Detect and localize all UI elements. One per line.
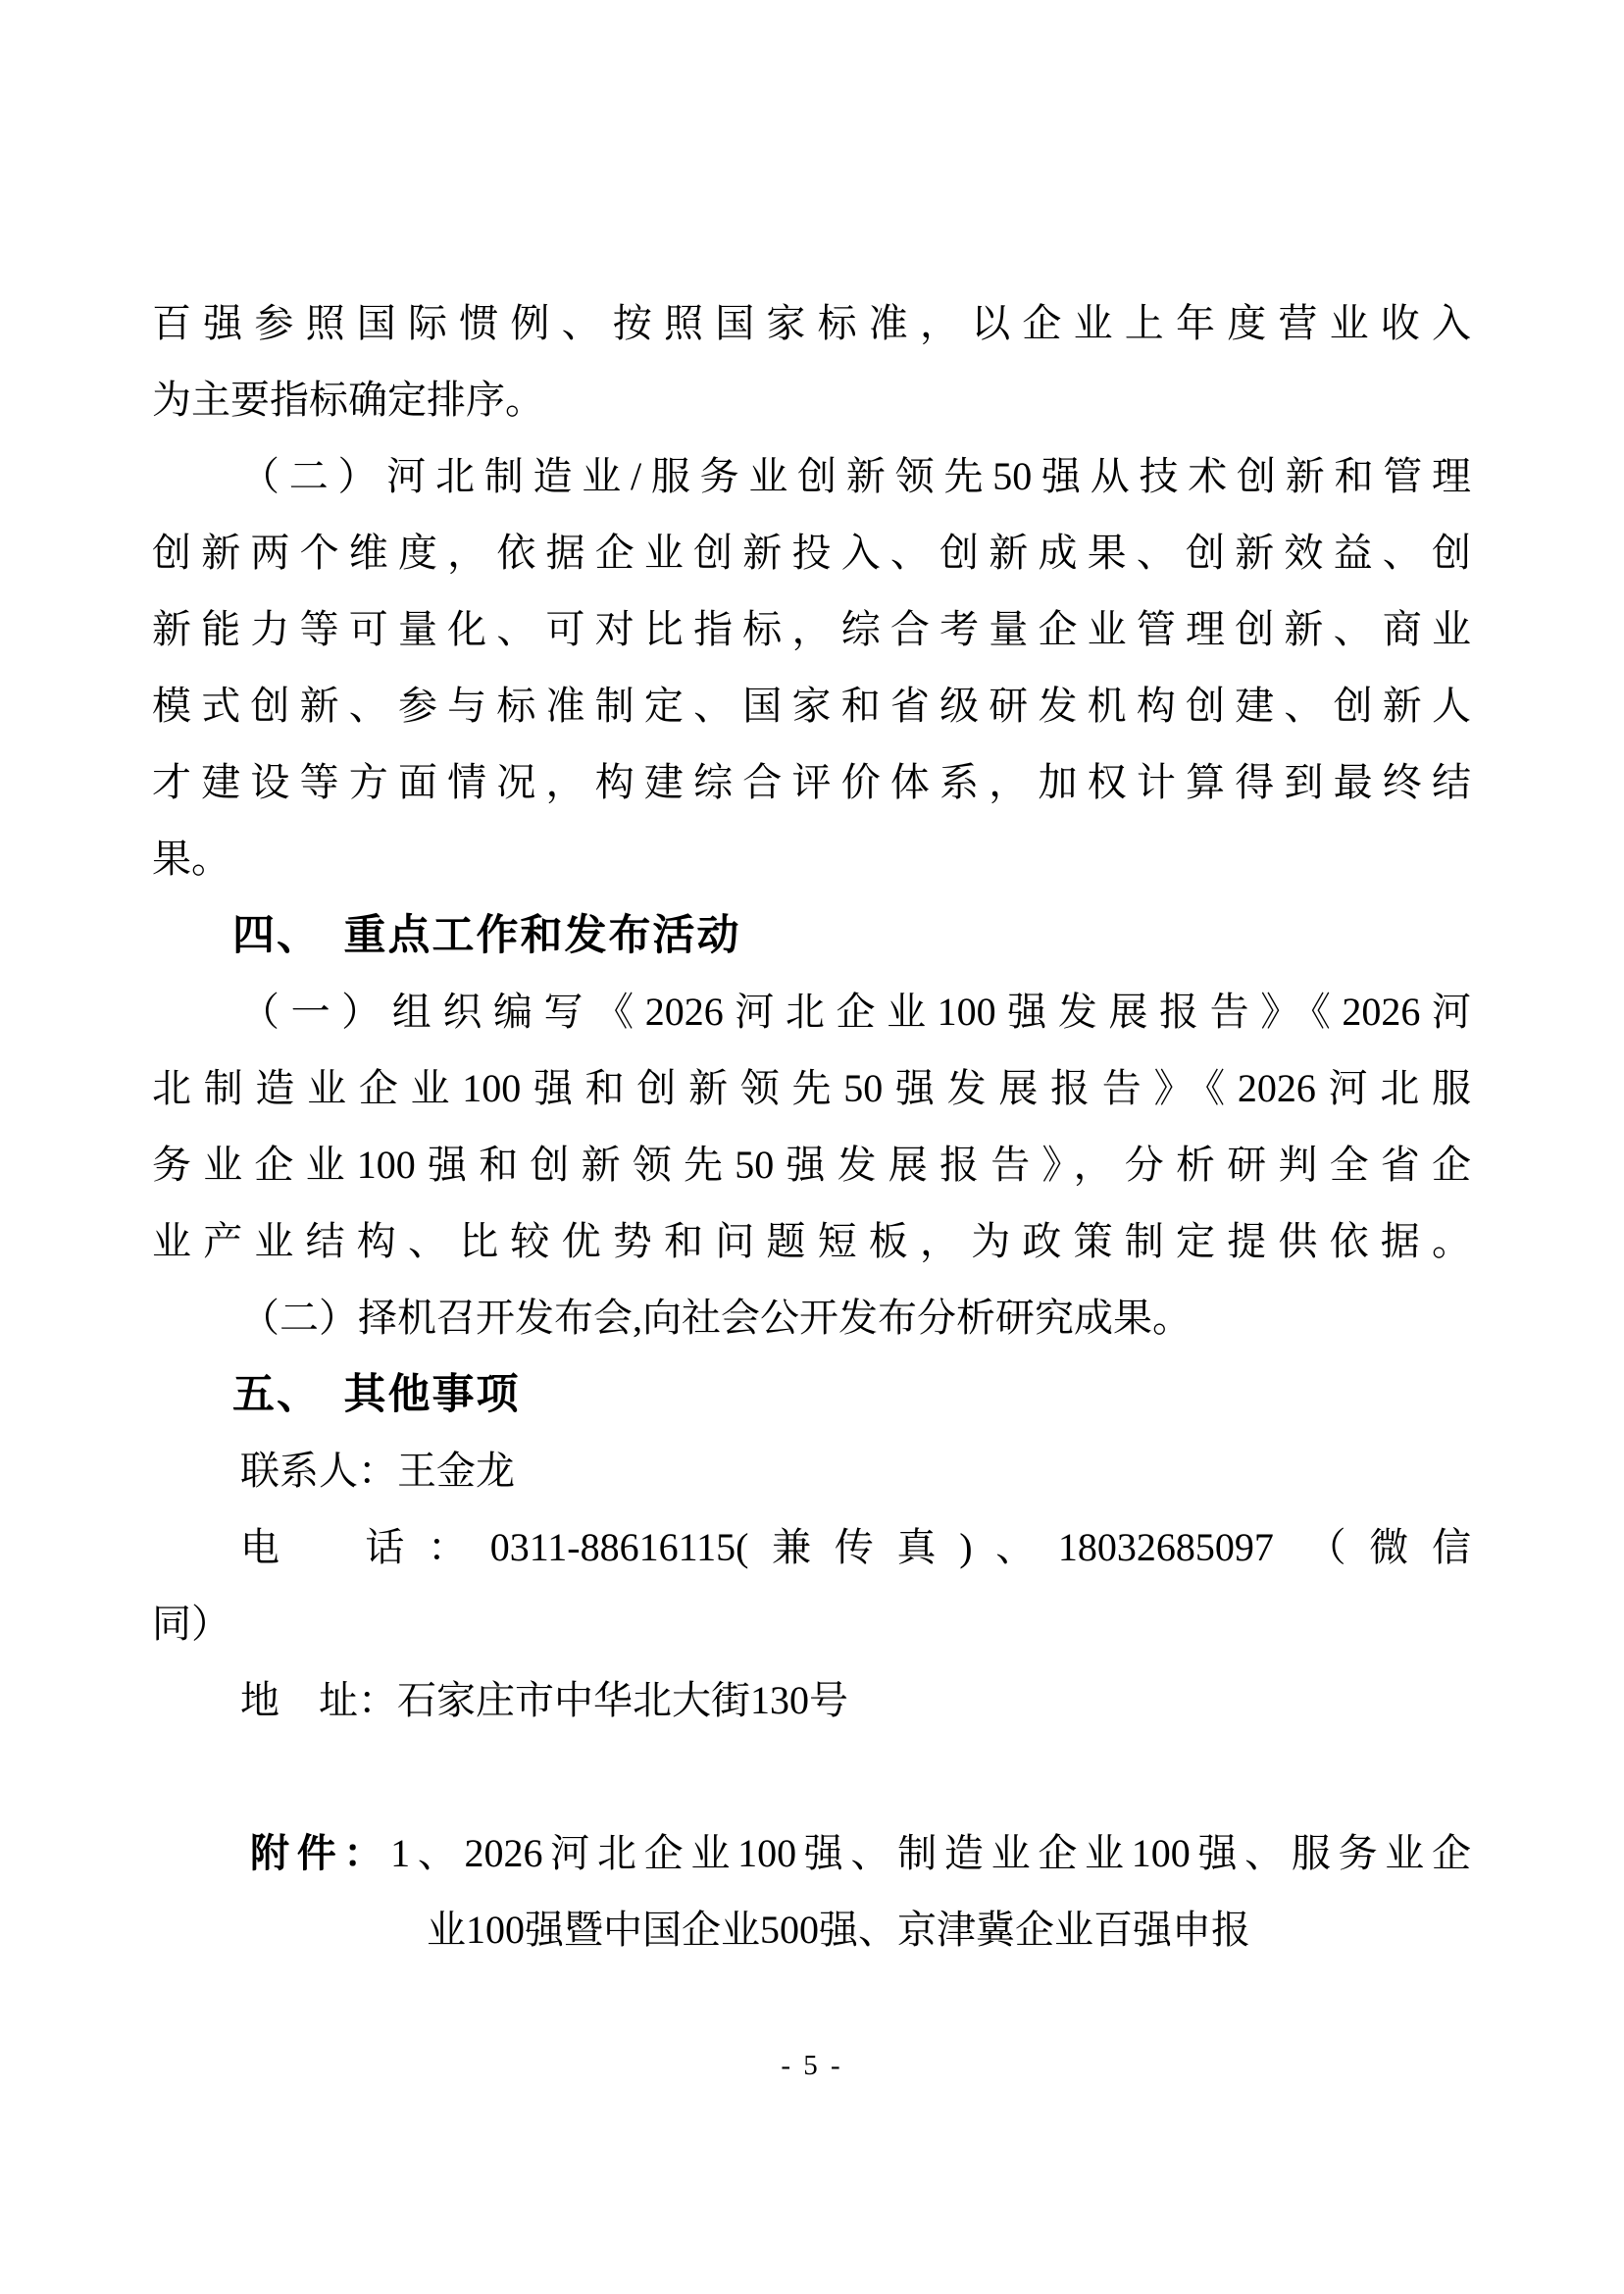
paragraph-ranking-method-line-2: 为主要指标确定排序。 bbox=[152, 362, 1471, 438]
paragraph-release-event-line: （二）择机召开发布会,向社会公开发布分析研究成果。 bbox=[152, 1280, 1471, 1356]
contact-phone-line: 电 话：0311-88616115(兼传真)、18032685097 （微信 bbox=[152, 1509, 1471, 1586]
paragraph-reports-line-2: 北制造业企业100强和创新领先50强发展报告》《2026河北服 bbox=[152, 1050, 1471, 1127]
page-number: - 5 - bbox=[0, 2050, 1624, 2082]
contact-phone-wrap-line: 同） bbox=[152, 1586, 1471, 1662]
paragraph-innovation-top50-line-3: 新能力等可量化、可对比指标，综合考量企业管理创新、商业 bbox=[152, 591, 1471, 668]
contact-person-line: 联系人：王金龙 bbox=[152, 1433, 1471, 1509]
paragraph-innovation-top50-line-1: （二）河北制造业/服务业创新领先50强从技术创新和管理 bbox=[152, 438, 1471, 515]
blank-line bbox=[152, 1739, 1471, 1815]
paragraph-reports-line-4: 业产业结构、比较优势和问题短板，为政策制定提供依据。 bbox=[152, 1203, 1471, 1280]
section-four-heading: 四、 重点工作和发布活动 bbox=[152, 897, 1471, 974]
document-body: 百强参照国际惯例、按照国家标准，以企业上年度营业收入 为主要指标确定排序。 （二… bbox=[152, 285, 1471, 1968]
paragraph-reports-line-3: 务业企业100强和创新领先50强发展报告》，分析研判全省企 bbox=[152, 1127, 1471, 1203]
attachment-label: 附件： bbox=[250, 1832, 390, 1875]
paragraph-innovation-top50-line-5: 才建设等方面情况，构建综合评价体系，加权计算得到最终结 bbox=[152, 744, 1471, 821]
paragraph-reports-line-1: （一）组织编写《2026河北企业100强发展报告》《2026河 bbox=[152, 974, 1471, 1050]
attachment-line-2: 业100强暨中国企业500强、京津冀企业百强申报 bbox=[152, 1892, 1471, 1968]
section-five-heading: 五、 其他事项 bbox=[152, 1356, 1471, 1433]
attachment-line-1: 附件：1、2026河北企业100强、制造业企业100强、服务业企 bbox=[152, 1815, 1471, 1892]
paragraph-ranking-method-line-1: 百强参照国际惯例、按照国家标准，以企业上年度营业收入 bbox=[152, 285, 1471, 362]
document-page: 百强参照国际惯例、按照国家标准，以企业上年度营业收入 为主要指标确定排序。 （二… bbox=[0, 0, 1624, 2294]
contact-address-line: 地 址：石家庄市中华北大街130号 bbox=[152, 1662, 1471, 1739]
paragraph-innovation-top50-line-6: 果。 bbox=[152, 821, 1471, 897]
paragraph-innovation-top50-line-4: 模式创新、参与标准制定、国家和省级研发机构创建、创新人 bbox=[152, 668, 1471, 744]
attachment-item-1-text: 1、2026河北企业100强、制造业企业100强、服务业企 bbox=[390, 1831, 1471, 1875]
paragraph-innovation-top50-line-2: 创新两个维度，依据企业创新投入、创新成果、创新效益、创 bbox=[152, 515, 1471, 591]
